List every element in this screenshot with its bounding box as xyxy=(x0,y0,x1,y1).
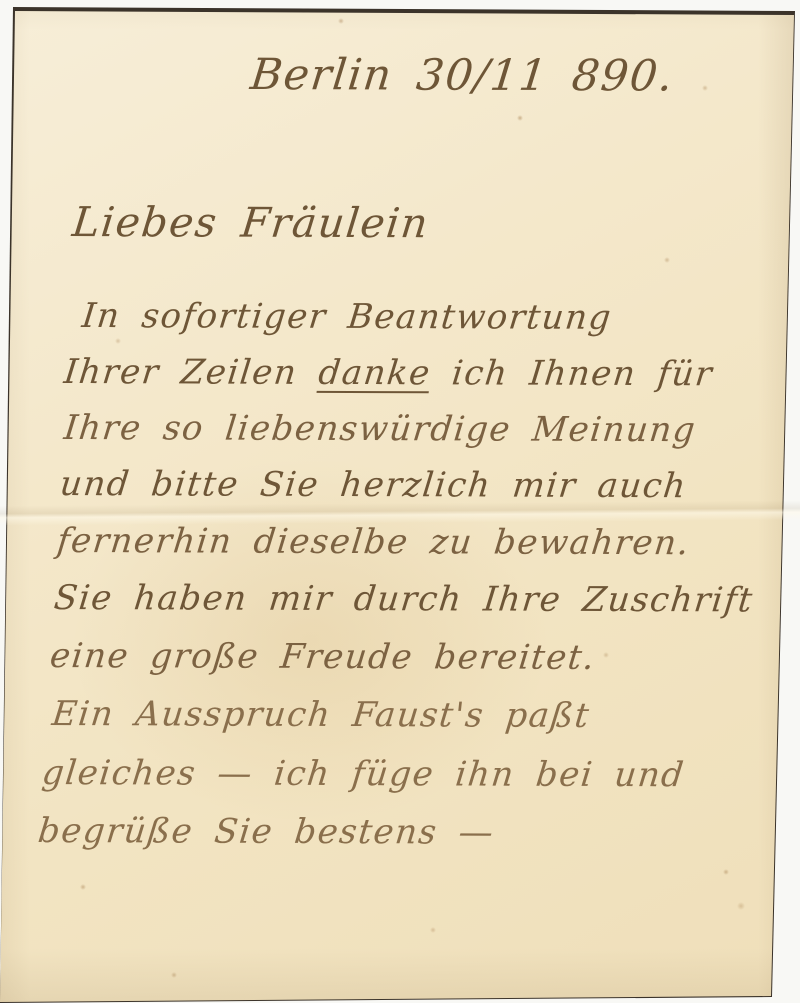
body-line-8: Ein Ausspruch Faust's paßt xyxy=(50,694,592,736)
date-line: Berlin 30/11 890. xyxy=(248,50,677,101)
body-line-9: gleiches — ich füge ihn bei und xyxy=(40,753,687,795)
body-line-10: begrüße Sie bestens — xyxy=(36,811,496,853)
body-line-4: und bitte Sie herzlich mir auch xyxy=(58,464,689,506)
body-line-2: Ihrer Zeilen danke ich Ihnen für xyxy=(62,352,715,394)
salutation-line: Liebes Fräulein xyxy=(70,198,432,247)
body-line-6: Sie haben mir durch Ihre Zuschrift xyxy=(52,578,756,620)
body-line-5: fernerhin dieselbe zu bewahren. xyxy=(55,521,692,563)
body-line-2-post: ich Ihnen für xyxy=(429,353,715,394)
body-line-3: Ihre so liebenswürdige Meinung xyxy=(62,408,698,450)
letter-photo: Berlin 30/11 890. Liebes Fräulein In sof… xyxy=(0,0,800,1003)
underlined-word: danke xyxy=(316,353,432,393)
body-line-7: eine große Freude bereitet. xyxy=(48,636,598,678)
body-line-1: In sofortiger Beantwortung xyxy=(80,296,614,338)
body-line-2-pre: Ihrer Zeilen xyxy=(62,352,321,393)
